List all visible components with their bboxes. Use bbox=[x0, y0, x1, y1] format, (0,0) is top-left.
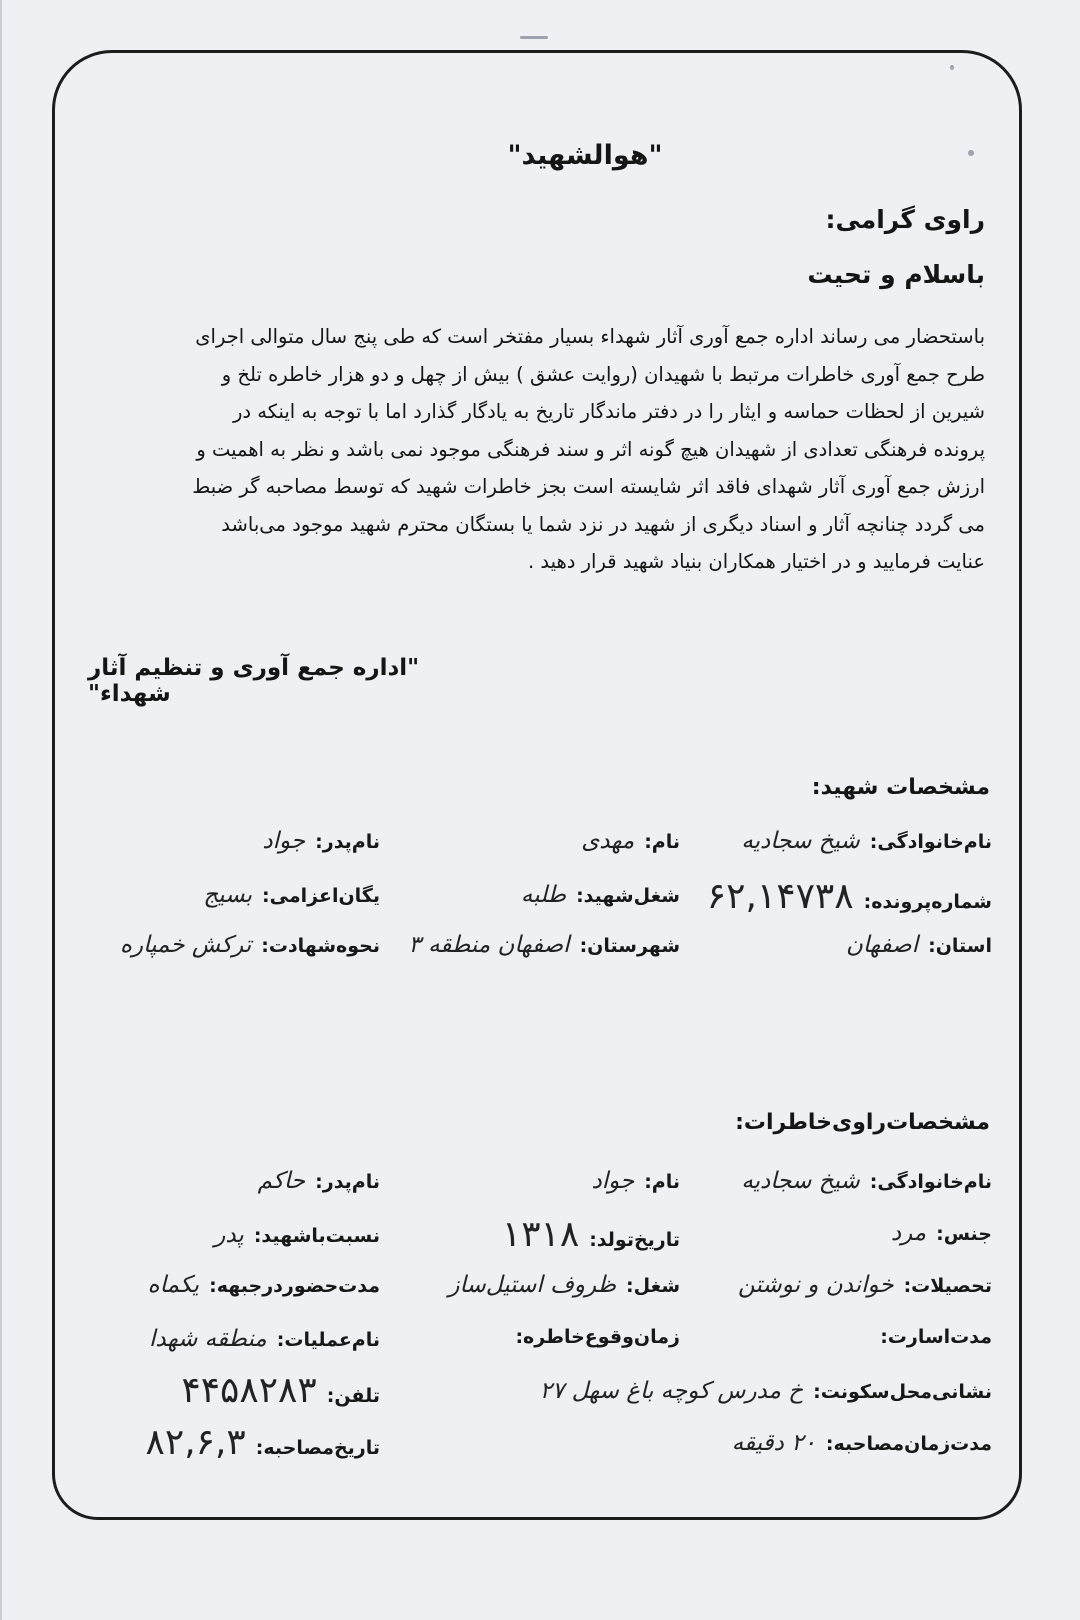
field-label: تحصیلات: bbox=[904, 1275, 992, 1297]
field-label: شغل: bbox=[626, 1275, 680, 1297]
paragraph-line: عنایت فرمایید و در اختیار همکاران بنیاد … bbox=[65, 543, 985, 581]
narrator-front-duration-field: مدت‌حضوردرجبهه: یکماه bbox=[148, 1272, 380, 1298]
martyr-martyrdom-manner-field: نحوه‌شهادت: ترکش خمپاره bbox=[120, 932, 380, 958]
document-heading: "هوالشهید" bbox=[0, 140, 1080, 171]
field-value: ۴۴۵۸۲۸۳ bbox=[181, 1370, 316, 1411]
field-value: شیخ سجادیه bbox=[741, 828, 859, 854]
field-label: مدت‌اسارت: bbox=[880, 1326, 992, 1348]
field-value: مرد bbox=[891, 1220, 926, 1246]
field-value: ۶۲,۱۴۷۳۸ bbox=[707, 876, 854, 917]
field-value: ۸۲,۶,۳ bbox=[146, 1422, 246, 1463]
martyr-file-number-field: شماره‌پرونده: ۶۲,۱۴۷۳۸ bbox=[707, 876, 992, 917]
field-value: بسیج bbox=[203, 882, 252, 908]
narrator-captivity-duration-field: مدت‌اسارت: bbox=[870, 1326, 992, 1348]
narrator-first-name-field: نام: جواد bbox=[591, 1168, 680, 1194]
field-label: شغل‌شهید: bbox=[576, 885, 680, 907]
field-value: اصفهان bbox=[846, 932, 918, 958]
paragraph-line: شیرین از لحظات حماسه و ایثار را در دفتر … bbox=[65, 393, 985, 431]
field-value: مهدی bbox=[581, 828, 634, 854]
field-value: ۲۰ دقیقه bbox=[732, 1430, 816, 1456]
narrator-section-title: مشخصات‌راوی‌خاطرات: bbox=[735, 1110, 990, 1135]
field-label: نام‌پدر: bbox=[315, 831, 380, 853]
martyr-section-title: مشخصات شهید: bbox=[812, 775, 990, 800]
field-label: تاریخ‌مصاحبه: bbox=[256, 1437, 380, 1459]
greeting: راوی گرامی: bbox=[825, 205, 985, 234]
field-label: زمان‌وقوع‌خاطره: bbox=[515, 1326, 680, 1348]
field-value: ترکش خمپاره bbox=[120, 932, 251, 958]
narrator-phone-field: تلفن: ۴۴۵۸۲۸۳ bbox=[181, 1370, 380, 1411]
martyr-province-field: استان: اصفهان bbox=[846, 932, 992, 958]
narrator-education-field: تحصیلات: خواندن و نوشتن bbox=[738, 1272, 992, 1298]
field-value: اصفهان منطقه ۳ bbox=[408, 932, 569, 958]
scan-speck bbox=[520, 36, 548, 39]
martyr-military-unit-field: یگان‌اعزامی: بسیج bbox=[203, 882, 380, 908]
field-label: نام‌خانوادگی: bbox=[870, 1171, 992, 1193]
field-label: مدت‌زمان‌مصاحبه: bbox=[826, 1433, 992, 1455]
martyr-occupation-field: شغل‌شهید: طلبه bbox=[521, 882, 680, 908]
narrator-operation-name-field: نام‌عملیات: منطقه شهدا bbox=[149, 1326, 380, 1352]
field-label: نشانی‌محل‌سکونت: bbox=[813, 1381, 992, 1403]
field-label: یگان‌اعزامی: bbox=[262, 885, 380, 907]
salutation: باسلام و تحیت bbox=[807, 260, 985, 289]
field-label: مدت‌حضوردرجبهه: bbox=[209, 1275, 380, 1297]
field-label: شهرستان: bbox=[580, 935, 680, 957]
narrator-gender-field: جنس: مرد bbox=[891, 1220, 992, 1246]
field-value: پدر bbox=[214, 1222, 244, 1248]
field-label: تلفن: bbox=[327, 1385, 380, 1407]
field-label: نام: bbox=[644, 831, 680, 853]
field-value: منطقه شهدا bbox=[149, 1326, 267, 1352]
scan-page-edge bbox=[0, 0, 2, 1620]
field-label: نام‌پدر: bbox=[315, 1171, 380, 1193]
field-value: ۱۳۱۸ bbox=[502, 1214, 579, 1255]
paragraph-line: می گردد چنانچه آثار و اسناد دیگری از شهی… bbox=[65, 506, 985, 544]
narrator-interview-duration-field: مدت‌زمان‌مصاحبه: ۲۰ دقیقه bbox=[732, 1430, 992, 1456]
field-value: یکماه bbox=[148, 1272, 199, 1298]
field-value: خ مدرس کوچه باغ سهل ۲۷ bbox=[540, 1378, 804, 1404]
narrator-interview-date-field: تاریخ‌مصاحبه: ۸۲,۶,۳ bbox=[146, 1422, 380, 1463]
paragraph-line: طرح جمع آوری خاطرات مرتبط با شهیدان (روا… bbox=[65, 356, 985, 394]
martyr-first-name-field: نام: مهدی bbox=[581, 828, 680, 854]
narrator-relation-field: نسبت‌باشهید: پدر bbox=[214, 1222, 380, 1248]
paragraph-line: ارزش جمع آوری آثار شهدای فاقد اثر شایسته… bbox=[65, 468, 985, 506]
paragraph-line: باستحضار می رساند اداره جمع آوری آثار شه… bbox=[65, 318, 985, 356]
martyr-city-field: شهرستان: اصفهان منطقه ۳ bbox=[408, 932, 680, 958]
field-label: جنس: bbox=[936, 1223, 992, 1245]
field-value: خواندن و نوشتن bbox=[738, 1272, 894, 1298]
field-label: نام‌عملیات: bbox=[277, 1329, 380, 1351]
narrator-address-field: نشانی‌محل‌سکونت: خ مدرس کوچه باغ سهل ۲۷ bbox=[540, 1378, 992, 1404]
field-value: طلبه bbox=[521, 882, 566, 908]
paragraph-line: پرونده فرهنگی تعدادی از شهیدان هیچ گونه … bbox=[65, 431, 985, 469]
intro-paragraph: باستحضار می رساند اداره جمع آوری آثار شه… bbox=[65, 318, 985, 581]
narrator-birth-date-field: تاریخ‌تولد: ۱۳۱۸ bbox=[502, 1214, 680, 1255]
martyr-family-name-field: نام‌خانوادگی: شیخ سجادیه bbox=[741, 828, 992, 854]
narrator-family-name-field: نام‌خانوادگی: شیخ سجادیه bbox=[741, 1168, 992, 1194]
field-label: تاریخ‌تولد: bbox=[589, 1229, 680, 1251]
office-signature: "اداره جمع آوری و تنظیم آثار شهداء" bbox=[88, 655, 488, 707]
field-value: شیخ سجادیه bbox=[741, 1168, 859, 1194]
narrator-father-name-field: نام‌پدر: حاکم bbox=[258, 1168, 380, 1194]
field-value: جواد bbox=[262, 828, 305, 854]
narrator-memory-time-field: زمان‌وقوع‌خاطره: bbox=[505, 1326, 680, 1348]
field-value: حاکم bbox=[258, 1168, 305, 1194]
field-label: نام‌خانوادگی: bbox=[870, 831, 992, 853]
narrator-occupation-field: شغل: ظروف استیل‌ساز bbox=[448, 1272, 680, 1298]
heading-text: "هوالشهید" bbox=[417, 140, 662, 171]
field-label: شماره‌پرونده: bbox=[864, 891, 992, 913]
field-value: ظروف استیل‌ساز bbox=[448, 1272, 616, 1298]
field-label: نام: bbox=[644, 1171, 680, 1193]
field-value: جواد bbox=[591, 1168, 634, 1194]
martyr-father-name-field: نام‌پدر: جواد bbox=[262, 828, 380, 854]
field-label: استان: bbox=[928, 935, 992, 957]
field-label: نسبت‌باشهید: bbox=[254, 1225, 380, 1247]
field-label: نحوه‌شهادت: bbox=[261, 935, 380, 957]
